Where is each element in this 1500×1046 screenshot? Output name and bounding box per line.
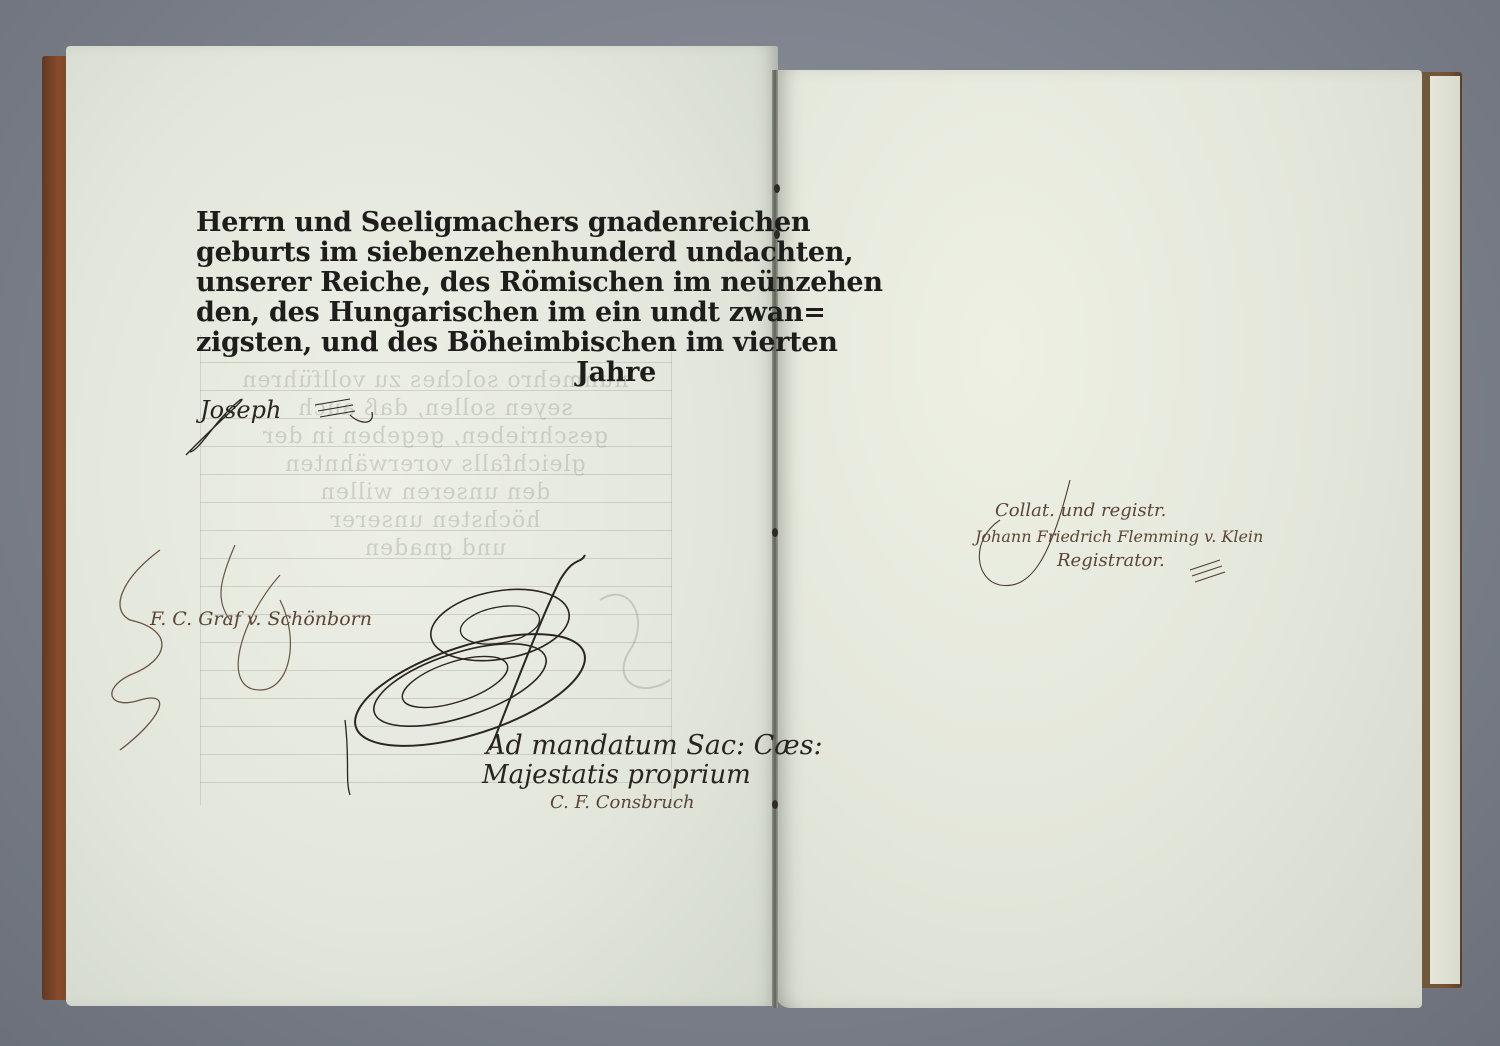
countersign-line: Ad mandatum Sac: Cæs: <box>486 730 823 761</box>
registry-note: Collat. und registr. Johann Friedrich Fl… <box>975 500 1285 571</box>
text-line: zigsten, und des Böheimbischen im vierte… <box>196 328 676 358</box>
text-line: den, des Hungarischen im ein undt zwan= <box>196 298 676 328</box>
chancellor-signature: F. C. Graf v. Schönborn <box>150 608 372 630</box>
text-line: geburts im siebenzehenhunderd undachten, <box>196 238 676 268</box>
registrator-title: Registrator. <box>1057 550 1285 571</box>
text-line: Jahre <box>196 358 676 388</box>
secretary-signature: C. F. Consbruch <box>550 792 695 813</box>
binding-stitch <box>772 528 778 537</box>
bleed-through-text: gleichfalls vorerwähnten <box>205 452 665 477</box>
open-manuscript: nunmehro solches zu vollführen seyen sol… <box>0 0 1500 1046</box>
bleed-through-text: und gnaden <box>205 536 665 561</box>
bleed-through-text: den unseren willen <box>205 480 665 505</box>
registry-line: Johann Friedrich Flemming v. Klein <box>975 527 1285 546</box>
bleed-through-text: geschrieben, gegeben in der <box>205 424 665 449</box>
monarch-signature: Joseph <box>200 396 281 424</box>
text-line: Herrn und Seeligmachers gnadenreichen <box>196 208 676 238</box>
bleed-through-text: höchsten unserer <box>205 508 665 533</box>
binding-stitch <box>774 184 780 193</box>
registry-line: Collat. und registr. <box>995 500 1285 521</box>
countersign-line: Majestatis proprium <box>482 760 751 790</box>
text-line: unserer Reiche, des Römischen im neünzeh… <box>196 268 676 298</box>
page-stack-right <box>1430 76 1460 984</box>
binding-stitch <box>772 800 778 809</box>
main-text-block: Herrn und Seeligmachers gnadenreichen ge… <box>196 208 676 388</box>
